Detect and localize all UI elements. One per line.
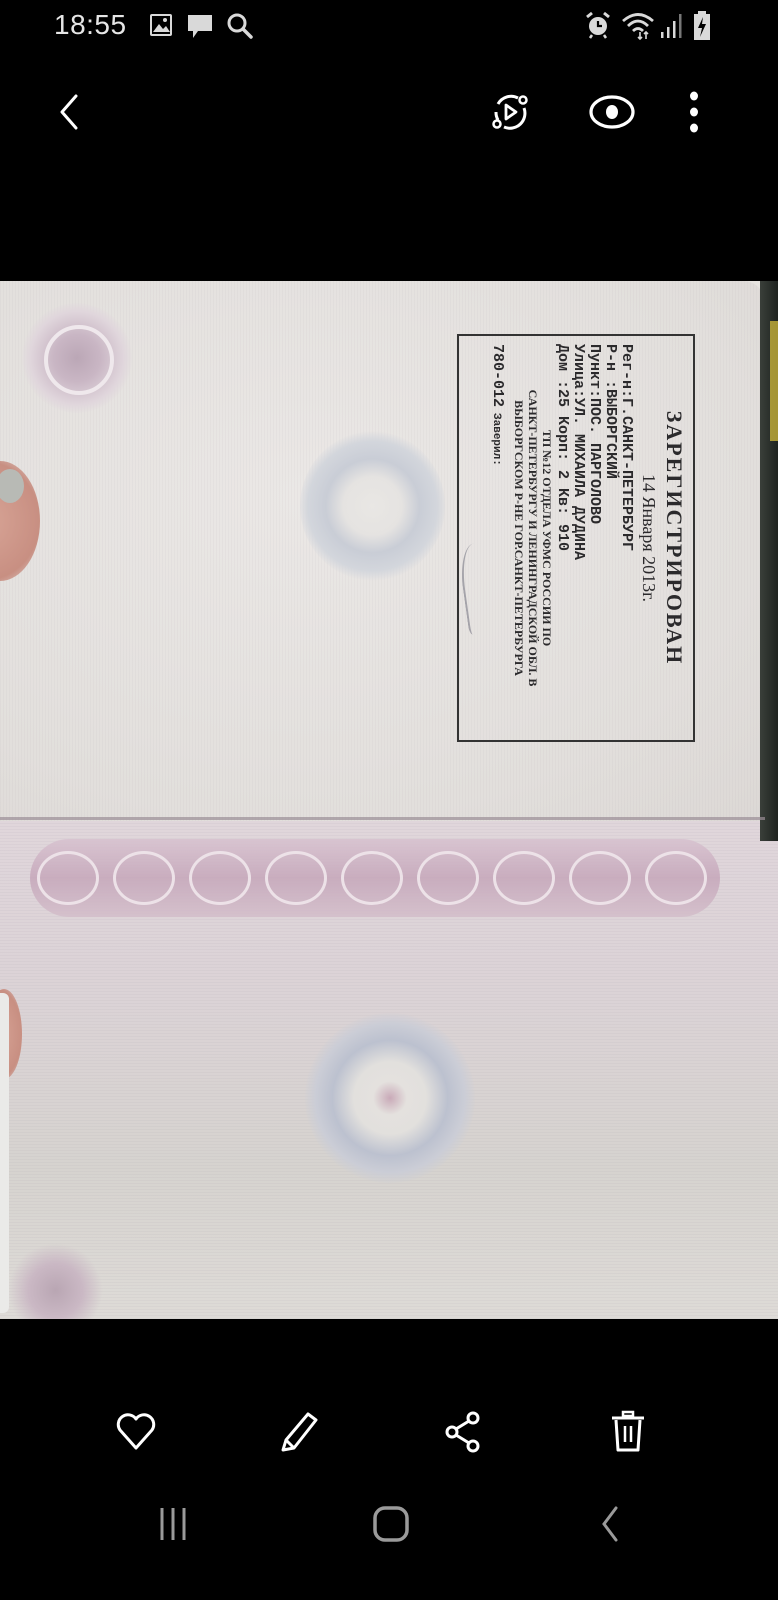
stamp-office: ВЫБОРГСКОМ Р-НЕ ГОР.САНКТ-ПЕТЕРБУРГА (512, 344, 526, 732)
heart-icon (114, 1412, 158, 1452)
registration-stamp: ЗАРЕГИСТРИРОВАН 14 Января 2013г. Рег-н:Г… (457, 334, 695, 742)
stamp-region: Рег-н:Г.САНКТ-ПЕТЕРБУРГ (618, 344, 634, 732)
stamp-district: Р-н :ВЫБОРГСКИЙ (602, 344, 618, 732)
stamp-house: Дом :25 Корп: 2 Кв: 910 (554, 344, 570, 732)
search-notification-icon (226, 12, 254, 40)
battery-charging-icon (692, 10, 712, 42)
bixby-vision-icon (587, 92, 637, 132)
home-icon (371, 1504, 411, 1544)
stamp-office: ТП №12 ОТДЕЛА УФМС РОССИИ ПО (540, 344, 554, 732)
signal-icon (660, 10, 684, 40)
delete-button[interactable] (596, 1400, 660, 1464)
recent-apps-button[interactable] (138, 1492, 208, 1556)
bottom-action-bar (0, 1380, 778, 1470)
message-notification-icon (186, 12, 214, 40)
share-button[interactable] (432, 1400, 496, 1464)
gallery-notification-icon (148, 12, 174, 38)
back-icon (56, 92, 84, 132)
edit-button[interactable] (268, 1400, 332, 1464)
stamp-certified-label: Заверил: (490, 413, 502, 466)
background-object (770, 321, 778, 441)
stamp-date: 14 Января 2013г. (638, 344, 659, 732)
back-icon (596, 1504, 622, 1544)
system-navigation-bar (0, 1480, 778, 1600)
stamp-code: 780-012 (489, 344, 506, 407)
watermark-portrait (300, 431, 445, 581)
more-options-button[interactable] (666, 84, 722, 140)
photo-viewer-image[interactable]: ЗАРЕГИСТРИРОВАН 14 Января 2013г. Рег-н:Г… (0, 281, 778, 1319)
top-app-bar (0, 70, 778, 160)
wifi-icon (620, 10, 656, 40)
share-icon (444, 1410, 484, 1454)
alarm-icon (584, 10, 612, 40)
stamp-title: ЗАРЕГИСТРИРОВАН (661, 344, 687, 732)
system-back-button[interactable] (574, 1492, 644, 1556)
stamp-street: Улица:УЛ. МИХАИЛА ДУДИНА (570, 344, 586, 732)
page-fold (0, 817, 765, 820)
status-bar: 18:55 (0, 0, 778, 56)
remaster-icon (488, 90, 532, 134)
trash-icon (608, 1410, 648, 1454)
stamp-locality: Пункт:ПОС. ПАРГОЛОВО (586, 344, 602, 732)
more-options-icon (686, 90, 702, 134)
watermark-page-number (305, 1013, 475, 1183)
rosette-ornament (22, 303, 132, 413)
back-button[interactable] (42, 84, 98, 140)
bixby-vision-button[interactable] (584, 84, 640, 140)
home-button[interactable] (356, 1492, 426, 1556)
status-time: 18:55 (54, 9, 127, 41)
edge-strip (0, 993, 9, 1313)
stamp-office: САНКТ-ПЕТЕРБУРГУ И ЛЕНИНГРАДСКОЙ ОБЛ. В (526, 344, 540, 732)
favorite-button[interactable] (104, 1400, 168, 1464)
ornament-band (30, 839, 720, 917)
recent-apps-icon (156, 1506, 190, 1542)
remaster-button[interactable] (482, 84, 538, 140)
pencil-icon (278, 1410, 322, 1454)
stamp-footer: 780-012Заверил: (489, 344, 506, 732)
